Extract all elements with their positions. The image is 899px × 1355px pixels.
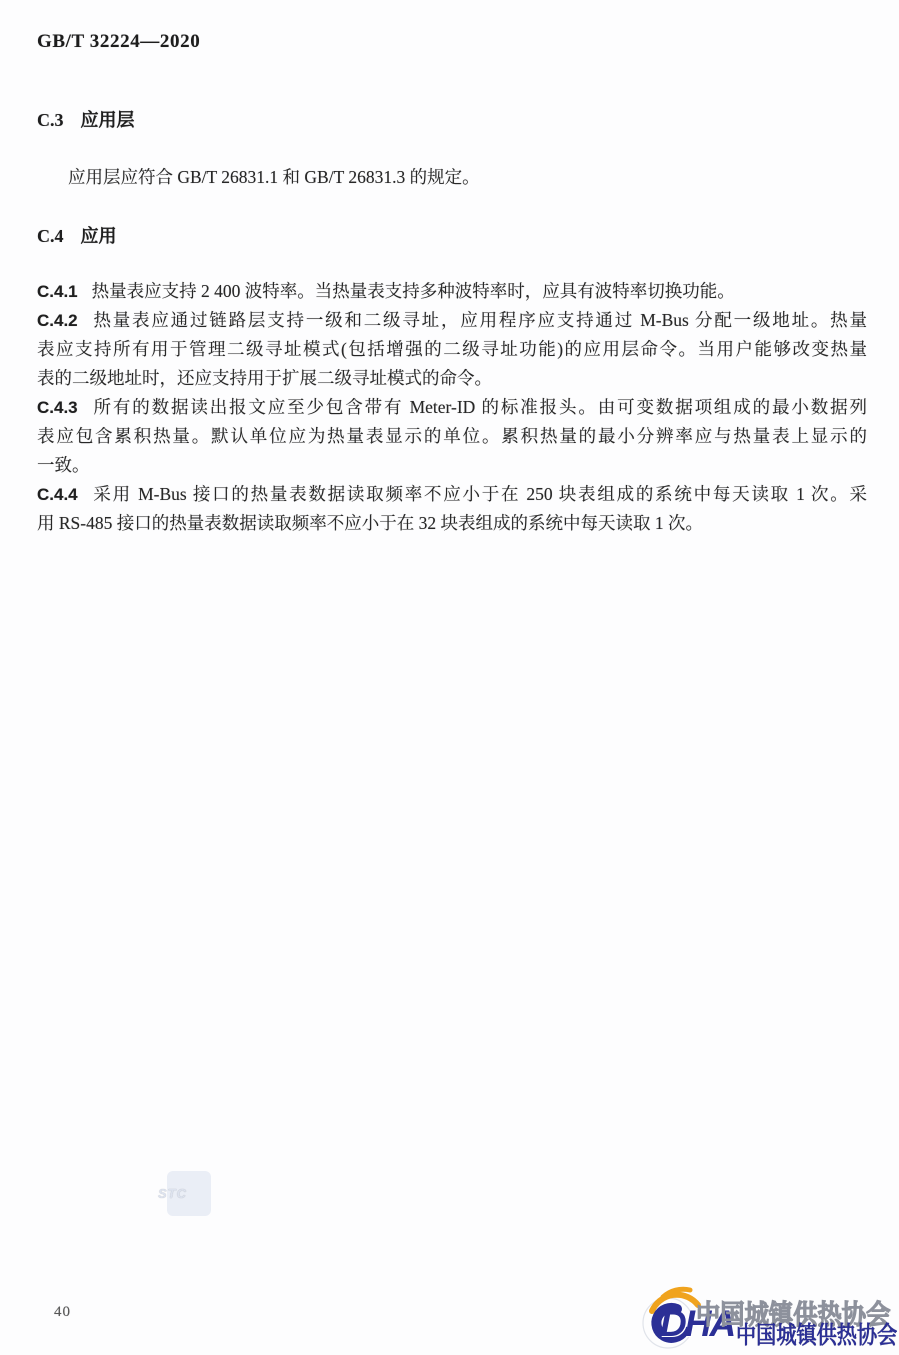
org-name-text: 中国城镇供热协会 <box>736 1315 897 1350</box>
clause-text: 热量表应支持 2 400 波特率。当热量表支持多种波特率时，应具有波特率切换功能… <box>92 281 735 301</box>
c3-paragraph: 应用层应符合 GB/T 26831.1 和 GB/T 26831.3 的规定。 <box>37 164 867 190</box>
clause-c42-line2: 表应支持所有用于管理二级寻址模式(包括增强的二级寻址功能)的应用层命令。当用户能… <box>37 335 867 364</box>
clause-label: C.4.1 <box>37 282 78 301</box>
clause-c43-line3: 一致。 <box>37 451 867 480</box>
clause-label: C.4.4 <box>37 485 78 504</box>
scan-watermark-badge: STC <box>167 1171 211 1216</box>
clause-c43-line1: C.4.3所有的数据读出报文应至少包含带有 Meter-ID 的标准报头。由可变… <box>37 393 867 422</box>
section-number: C.4 <box>37 226 64 246</box>
c4-clauses: C.4.1热量表应支持 2 400 波特率。当热量表支持多种波特率时，应具有波特… <box>37 277 867 538</box>
page-number: 40 <box>54 1304 71 1321</box>
clause-label: C.4.3 <box>37 398 78 417</box>
doc-code: GB/T 32224—2020 <box>37 31 200 53</box>
clause-c42-line1: C.4.2热量表应通过链路层支持一级和二级寻址，应用程序应支持通过 M-Bus … <box>37 306 867 335</box>
clause-text: 采用 M-Bus 接口的热量表数据读取频率不应小于在 250 块表组成的系统中每… <box>92 484 867 504</box>
clause-c44-line1: C.4.4采用 M-Bus 接口的热量表数据读取频率不应小于在 250 块表组成… <box>37 480 867 509</box>
clause-label: C.4.2 <box>37 311 78 330</box>
association-logo: DHA 中国城镇供热协会 中国城镇供热协会 <box>638 1281 899 1353</box>
section-title: 应用层 <box>81 110 135 130</box>
section-heading-c3: C.3应用层 <box>37 106 135 132</box>
section-title: 应用 <box>81 226 117 246</box>
section-heading-c4: C.4应用 <box>37 222 117 248</box>
clause-text: 热量表应通过链路层支持一级和二级寻址，应用程序应支持通过 M-Bus 分配一级地… <box>92 310 867 330</box>
clause-c42-line3: 表的二级地址时，还应支持用于扩展二级寻址模式的命令。 <box>37 364 867 393</box>
watermark-text: STC <box>158 1186 187 1201</box>
clause-c44-line2: 用 RS-485 接口的热量表数据读取频率不应小于在 32 块表组成的系统中每天… <box>37 509 867 538</box>
clause-c43-line2: 表应包含累积热量。默认单位应为热量表显示的单位。累积热量的最小分辨率应与热量表上… <box>37 422 867 451</box>
section-number: C.3 <box>37 110 64 130</box>
paragraph-line: 应用层应符合 GB/T 26831.1 和 GB/T 26831.3 的规定。 <box>37 164 867 190</box>
document-page: GB/T 32224—2020 C.3应用层 应用层应符合 GB/T 26831… <box>0 0 899 1355</box>
clause-c41-line1: C.4.1热量表应支持 2 400 波特率。当热量表支持多种波特率时，应具有波特… <box>37 277 867 306</box>
clause-text: 所有的数据读出报文应至少包含带有 Meter-ID 的标准报头。由可变数据项组成… <box>92 397 867 417</box>
